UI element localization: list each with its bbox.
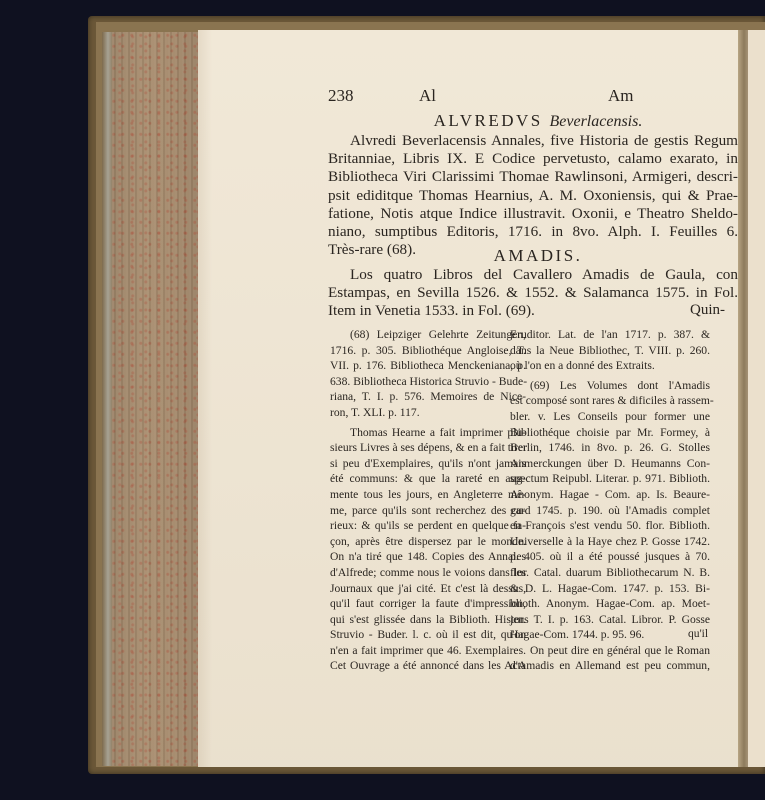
- footnote-line: spectum Reipubl. Literar. p. 971. Biblio…: [510, 471, 710, 487]
- body-line: Alvredi Beverlacensis Annales, five Hist…: [328, 132, 738, 150]
- entry-heading-italic: Beverlacensis.: [550, 113, 643, 130]
- body-line: Los quatro Libros del Cavallero Amadis d…: [328, 266, 738, 284]
- facing-page-edge: [748, 30, 765, 767]
- footnote-line: été communs: & que la rareté en aug-: [330, 471, 526, 487]
- running-head-left: Al: [419, 86, 436, 106]
- body-line: Bibliotheca Viri Clarissimi Thomae Rawli…: [328, 168, 738, 186]
- footnote-line: flor. Catal. duarum Bibliothecarum N. B.: [510, 565, 710, 581]
- footnote-line: sieurs Livres à ses dépens, & en a fait …: [330, 440, 526, 456]
- footnote-line: si peu d'Exemplaires, qu'ils n'ont jamai…: [330, 456, 526, 472]
- footnote-line: Cet Ouvrage a été annoncé dans les Acta: [330, 658, 526, 674]
- footnote-line: & D. L. Hagae-Com. 1747. p. 153. Bi-: [510, 581, 710, 597]
- footnote-line: blioth. Anonym. Hagae-Com. ap. Moet-: [510, 596, 710, 612]
- body-line: fatione, Notis atque Indice illustravit.…: [328, 205, 738, 223]
- footnote-line: Struvio - Buder. l. c. où il est dit, qu…: [330, 627, 526, 643]
- footnote-line: riana, T. I. p. 576. Memoires de Nice-: [330, 389, 526, 405]
- footnote-line: (68) Leipziger Gelehrte Zeitungen,: [330, 327, 526, 343]
- footnote-line: Berlin, 1746. in 8vo. p. 26. G. Stolles: [510, 440, 710, 456]
- footnote-line: 638. Bibliotheca Historica Struvio - Bud…: [330, 374, 526, 390]
- footnote-line: Bibliothéque choisie par Mr. Formey, à: [510, 425, 710, 441]
- footnote-line: bler. v. Les Conseils pour former une: [510, 409, 710, 425]
- footnote-line: On peut dire en général que le Roman: [510, 643, 710, 659]
- body-line: Estampas, en Sevilla 1526. & 1552. & Sal…: [328, 284, 738, 302]
- footnote-line: gard 1745. p. 190. où l'Amadis complet: [510, 503, 710, 519]
- footnote-line: p. 405. où il a été poussé jusques à 70.: [510, 549, 710, 565]
- entry-heading-alvredus: ALVREDVS Beverlacensis.: [328, 111, 748, 131]
- body-line: Britanniae, Libris IX. E Codice pervetus…: [328, 150, 738, 168]
- footnote-line: rieux: & qu'ils se perdent en quelque fa…: [330, 518, 526, 534]
- footnote-line: dans la Neue Bibliothec, T. VIII. p. 260…: [510, 343, 710, 359]
- entry-heading-amadis: AMADIS.: [328, 246, 748, 266]
- footnote-line: On n'a tiré que 148. Copies des Annales: [330, 549, 526, 565]
- footnote-line: d'Alfrede; comme nous le voions dans les: [330, 565, 526, 581]
- footnote-line: Eruditor. Lat. de l'an 1717. p. 387. &: [510, 327, 710, 343]
- footnote-line: jens T. I. p. 163. Catal. Libror. P. Gos…: [510, 612, 710, 628]
- entry-body-alvredus: Alvredi Beverlacensis Annales, five Hist…: [328, 132, 738, 259]
- running-head: 238 Al Am: [328, 86, 628, 108]
- footnote-line: n'en a fait imprimer que 46. Exemplaires…: [330, 643, 526, 659]
- body-line: psit ediditque Thomas Hearnius, A. M. Ox…: [328, 187, 738, 205]
- footnotes-left-column: (68) Leipziger Gelehrte Zeitungen, 1716.…: [330, 327, 526, 674]
- footnote-line: çon, après être dispersez par le monde.: [330, 534, 526, 550]
- page-number: 238: [328, 86, 354, 106]
- footnote-line: Anmerckungen über D. Heumanns Con-: [510, 456, 710, 472]
- footnote-line: en François s'est vendu 50. flor. Biblio…: [510, 518, 710, 534]
- body-line: niano, sumptibus Editoris, 1716. in 8vo.…: [328, 223, 738, 241]
- footnote-line: Anonym. Hagae - Com. ap. Is. Beaure-: [510, 487, 710, 503]
- footnote-line: Thomas Hearne a fait imprimer plu-: [330, 425, 526, 441]
- footnote-line: 1716. p. 305. Bibliothéque Angloise, T.: [330, 343, 526, 359]
- footnote-line: Universelle à la Haye chez P. Gosse 1742…: [510, 534, 710, 550]
- footnote-line: où l'on en a donné des Extraits.: [510, 358, 710, 374]
- catchword: Quin-: [690, 302, 725, 319]
- footnote-line: Journaux que j'ai cité. Et c'est là dess…: [330, 581, 526, 597]
- footnote-line: (69) Les Volumes dont l'Amadis: [510, 378, 710, 394]
- footnote-line: mente tous les jours, en Angleterre mê-: [330, 487, 526, 503]
- footnote-line: d'Amadis en Allemand est peu commun,: [510, 658, 710, 674]
- footnote-line: est composé sont rares & dificiles à ras…: [510, 393, 710, 409]
- footnotes-right-column: Eruditor. Lat. de l'an 1717. p. 387. & d…: [510, 327, 710, 674]
- entry-body-amadis: Los quatro Libros del Cavallero Amadis d…: [328, 266, 738, 321]
- footnote-catchword: qu'il: [688, 627, 708, 640]
- entry-heading-text: ALVREDVS: [434, 111, 543, 130]
- footnote-line: qui s'est glissée dans la Biblioth. Hist…: [330, 612, 526, 628]
- footnote-line: Hagae-Com. 1744. p. 95. 96.: [510, 627, 710, 643]
- body-line: Item in Venetia 1533. in Fol. (69).: [328, 302, 738, 320]
- running-head-right: Am: [608, 86, 634, 106]
- footnote-line: me, parce qu'ils sont recherchez des cu-: [330, 503, 526, 519]
- footnote-line: ron, T. XLI. p. 117.: [330, 405, 526, 421]
- footnote-line: VII. p. 176. Bibliotheca Menckeniana, p.: [330, 358, 526, 374]
- entry-heading-text: AMADIS.: [494, 246, 583, 265]
- book-gutter: [738, 30, 748, 767]
- page-stack-edges: [112, 32, 198, 766]
- footnote-line: qu'il faut corriger la faute d'impressio…: [330, 596, 526, 612]
